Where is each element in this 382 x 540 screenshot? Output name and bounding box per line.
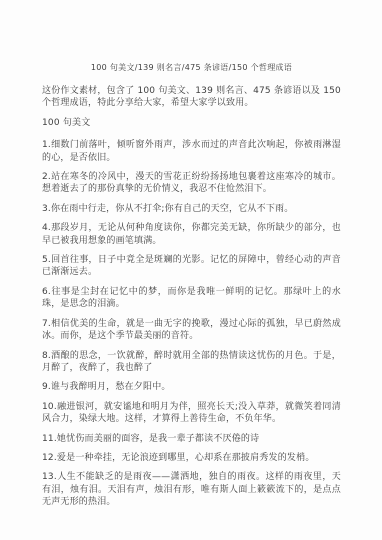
- sentence-item: 2.站在寒冬的冷风中，漫天的雪花正纷纷扬扬地包裹着这座寒冷的城市。想着逝去了的那…: [42, 171, 341, 196]
- intro-paragraph: 这份作文素材，包含了 100 句美文、139 则名言、475 条谚语以及 150…: [42, 85, 341, 110]
- sentence-item: 6.往事是尘封在记忆中的梦，而你是我唯一鲜明的记忆。那绿叶上的水珠，是思念的泪滴…: [42, 286, 341, 311]
- sentence-item: 5.回首往事，日子中竟全是斑斓的光影。记忆的屏障中，曾经心动的声音已渐渐远去。: [42, 254, 341, 279]
- sentence-item: 9.谁与我醉明月，愁在夕阳中。: [42, 381, 341, 393]
- sentence-item: 4.那段岁月，无论从何种角度读你，你都完美无缺，你所缺少的部分，也早已被我用想象…: [42, 222, 341, 247]
- sentence-item: 7.相信优美的生命，就是一曲无字的挽歌，漫过心际的孤独，早已蔚然成冰。而你，是这…: [42, 318, 341, 343]
- document-page: 100 句美文/139 则名言/475 条谚语/150 个哲理成语 这份作文素材…: [0, 0, 382, 540]
- sentence-item: 3.你在雨中行走，你从不打伞;你有自己的天空，它从不下雨。: [42, 203, 341, 215]
- sentence-item: 11.她忧伤而美丽的面容，是我一辈子都读不厌倦的诗: [42, 433, 341, 445]
- sentence-item: 1.细数门前落叶，倾听窗外雨声，涉水而过的声音此次响起，你被雨淋湿的心，是否依旧…: [42, 139, 341, 164]
- section-heading: 100 句美文: [42, 117, 341, 129]
- sentence-item: 12.爱是一种牵挂，无论浪迹到哪里，心却系在那披肩秀发的发梢。: [42, 452, 341, 464]
- sentence-list: 1.细数门前落叶，倾听窗外雨声，涉水而过的声音此次响起，你被雨淋湿的心，是否依旧…: [42, 139, 341, 508]
- sentence-item: 8.酒酿的思念，一饮就醉，醉时就用全部的热情读这忧伤的月色。于是，月醉了，夜醉了…: [42, 350, 341, 375]
- document-title: 100 句美文/139 则名言/475 条谚语/150 个哲理成语: [42, 62, 341, 73]
- sentence-item: 13.人生不能缺乏的是雨夜——潇洒地，独自的雨夜。这样的雨夜里，天有泪，烛有泪。…: [42, 471, 341, 508]
- sentence-item: 10.融进银河，就安谧地和明月为伴，照亮长天;没入草莽，就微笑着同清风合力，染绿…: [42, 401, 341, 426]
